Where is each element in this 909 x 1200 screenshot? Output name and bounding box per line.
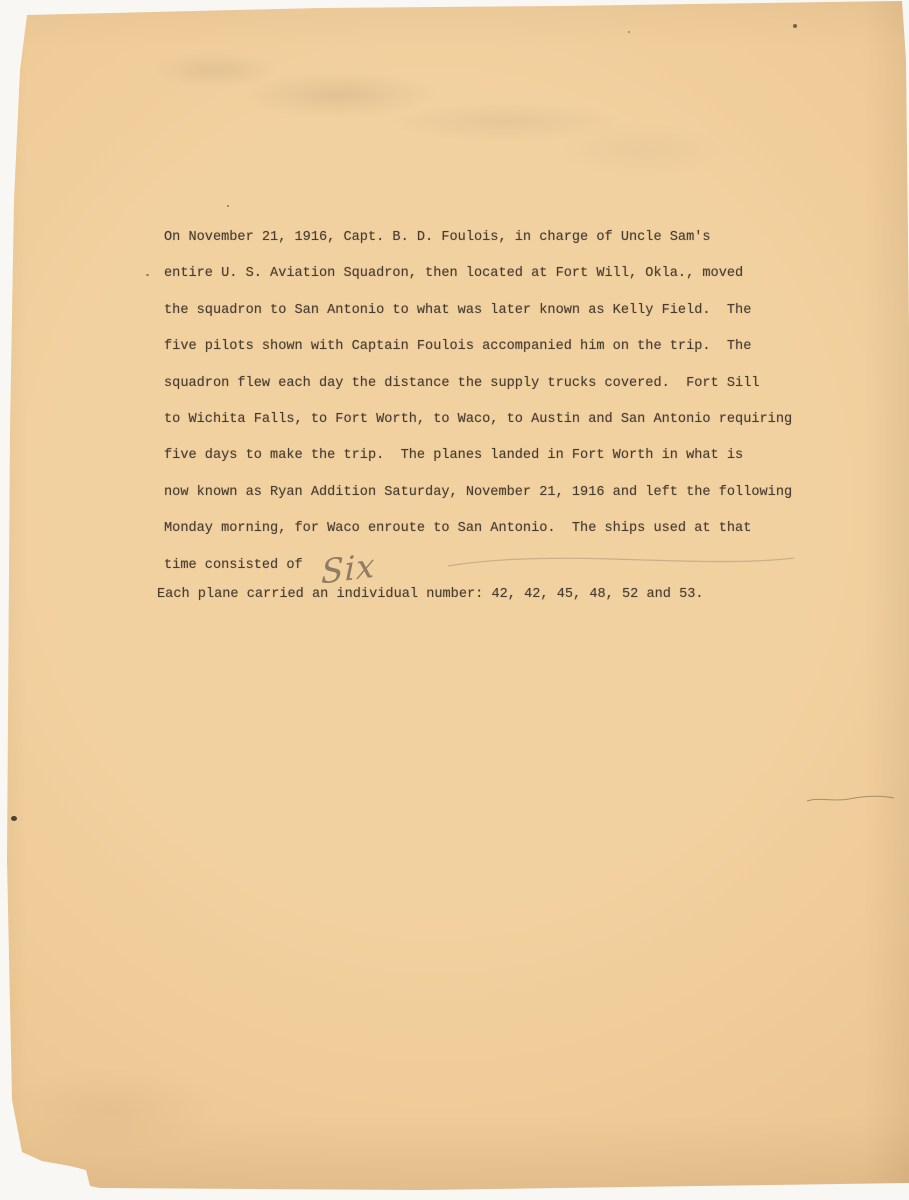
typewritten-line: entire U. S. Aviation Squadron, then loc… [164,256,844,292]
typewritten-line: now known as Ryan Addition Saturday, Nov… [164,475,844,511]
paper-speck [146,274,149,276]
typewritten-line: On November 21, 1916, Capt. B. D. Fouloi… [164,220,844,256]
typewritten-line: five days to make the trip. The planes l… [164,438,844,474]
typewritten-line: to Wichita Falls, to Fort Worth, to Waco… [164,402,844,438]
pencil-strikethrough-line [446,554,798,572]
typewritten-line: five pilots shown with Captain Foulois a… [164,329,844,365]
paper-scratch-mark [805,792,897,806]
insert-line-prefix: time consisted of [164,558,303,573]
typewritten-text: On November 21, 1916, Capt. B. D. Fouloi… [164,220,844,614]
paper-speck [227,205,229,207]
handwritten-word: Six [321,547,376,590]
typewritten-line: squadron flew each day the distance the … [164,366,844,402]
document-page: On November 21, 1916, Capt. B. D. Fouloi… [0,0,909,1200]
paper-speck [793,24,797,28]
typewritten-line: the squadron to San Antonio to what was … [164,293,844,329]
paper-speck [628,31,630,33]
paper-speck [11,816,17,821]
insert-line: time consisted ofSix [164,548,844,584]
typewritten-paragraph: On November 21, 1916, Capt. B. D. Fouloi… [164,220,844,548]
typewritten-line: Monday morning, for Waco enroute to San … [164,511,844,547]
